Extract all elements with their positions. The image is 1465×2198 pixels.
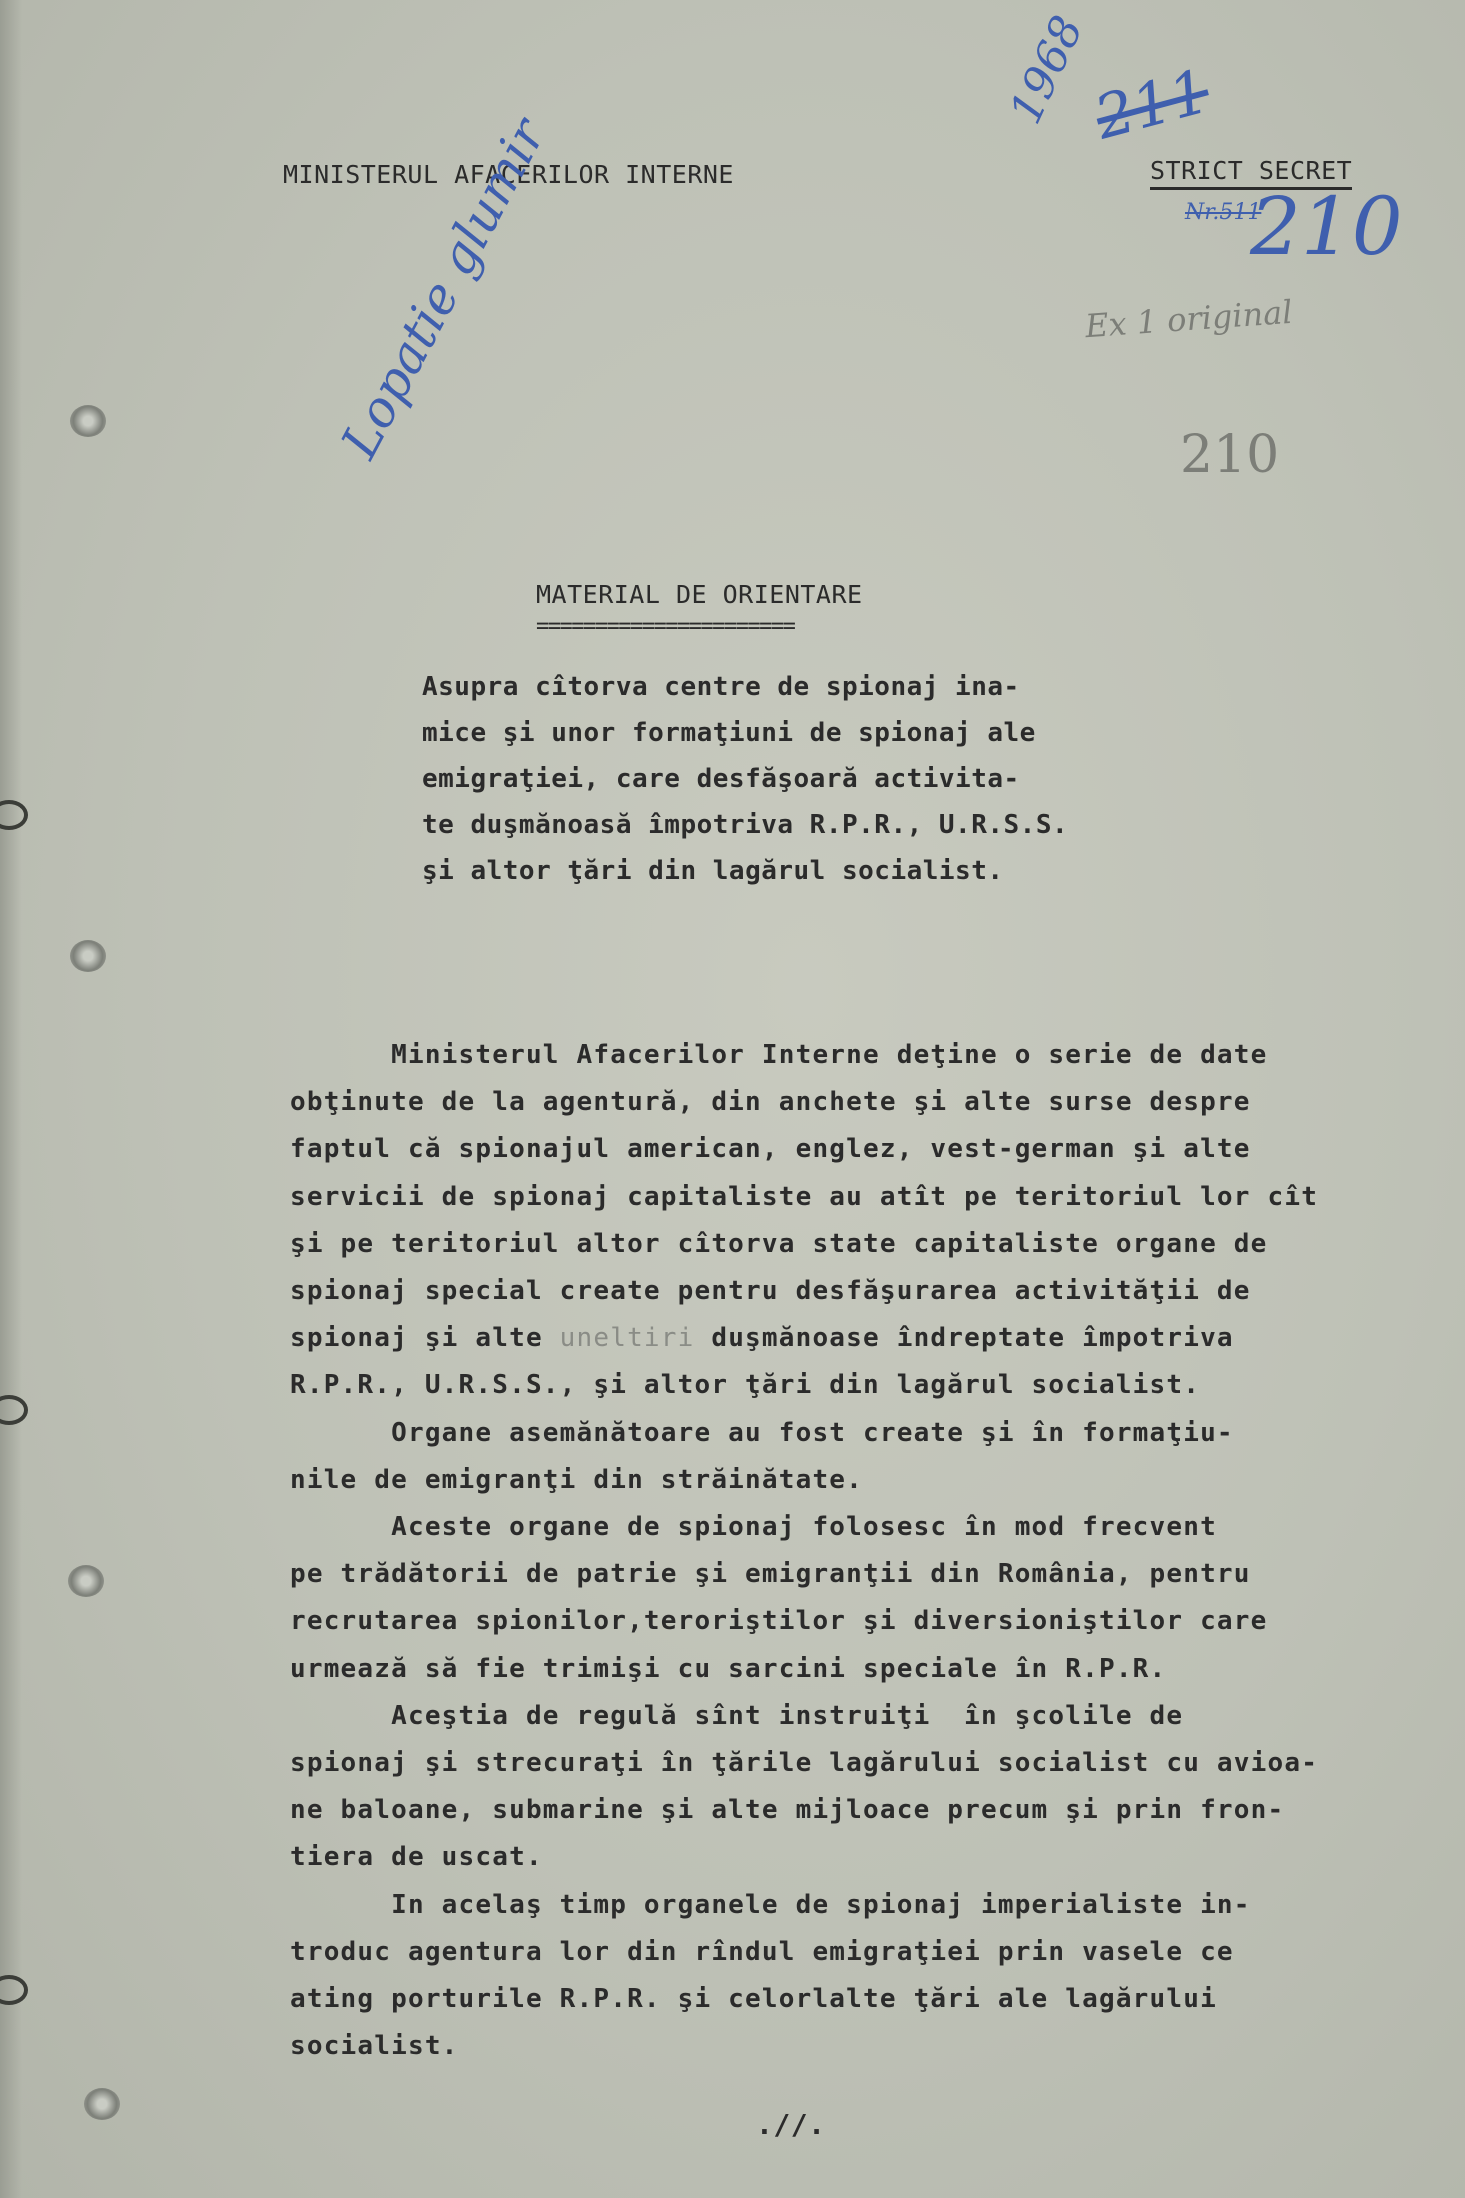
body-line: pe trădătorii de patrie şi emigranţii di… bbox=[290, 1559, 1251, 1589]
page-continuation-mark: .//. bbox=[756, 2108, 825, 2141]
body-line: Aceştia de regulă sînt instruiţi în şcol… bbox=[290, 1701, 1183, 1731]
punch-hole bbox=[70, 940, 106, 972]
subject-line: emigraţiei, care desfăşoară activita- bbox=[422, 764, 1020, 794]
body-line: servicii de spionaj capitaliste au atît … bbox=[290, 1182, 1318, 1212]
handwritten-year: 1968 bbox=[1000, 9, 1094, 132]
body-line: Organe asemănătoare au fost create şi în… bbox=[290, 1418, 1234, 1448]
pencil-copy-note: Ex 1 original bbox=[1084, 293, 1294, 345]
binder-clip-icon bbox=[0, 1975, 28, 2005]
handwritten-struck-number: 211 bbox=[1088, 56, 1217, 153]
body-line: tiera de uscat. bbox=[290, 1842, 543, 1872]
body-line: ating porturile R.P.R. şi celorlalte ţăr… bbox=[290, 1984, 1217, 2014]
body-line: spionaj şi strecuraţi în ţările lagărulu… bbox=[290, 1748, 1318, 1778]
body-line: R.P.R., U.R.S.S., şi altor ţări din lagă… bbox=[290, 1370, 1200, 1400]
body-line: spionaj şi alte uneltiri duşmănoase îndr… bbox=[290, 1323, 1234, 1353]
body-line: faptul că spionajul american, englez, ve… bbox=[290, 1134, 1251, 1164]
document-title: MATERIAL DE ORIENTARE bbox=[536, 580, 863, 609]
body-line: Ministerul Afacerilor Interne deţine o s… bbox=[290, 1040, 1268, 1070]
punch-hole bbox=[84, 2088, 120, 2120]
binder-clip-icon bbox=[0, 1395, 28, 1425]
body-line: Aceste organe de spionaj folosesc în mod… bbox=[290, 1512, 1217, 1542]
body-line: troduc agentura lor din rîndul emigraţie… bbox=[290, 1937, 1234, 1967]
title-double-rule: ====================== bbox=[536, 614, 794, 639]
body-line: urmează să fie trimişi cu sarcini specia… bbox=[290, 1654, 1166, 1684]
body-line: nile de emigranţi din străinătate. bbox=[290, 1465, 863, 1495]
subject-line: Asupra cîtorva centre de spionaj ina- bbox=[422, 672, 1020, 702]
body-line: In acelaş timp organele de spionaj imper… bbox=[290, 1890, 1251, 1920]
faded-word: uneltiri bbox=[560, 1323, 695, 1353]
subject-line: te duşmănoasă împotriva R.P.R., U.R.S.S. bbox=[422, 810, 1068, 840]
binder-clip-icon bbox=[0, 800, 28, 830]
body-line: şi pe teritoriul altor cîtorva state cap… bbox=[290, 1229, 1268, 1259]
body-line: socialist. bbox=[290, 2031, 459, 2061]
handwritten-number: 210 bbox=[1250, 180, 1403, 273]
body-line: spionaj special create pentru desfăşurar… bbox=[290, 1276, 1251, 1306]
body-line: obţinute de la agentură, din anchete şi … bbox=[290, 1087, 1251, 1117]
document-page: MINISTERUL AFACERILOR INTERNE STRICT SEC… bbox=[0, 0, 1465, 2198]
body-line: ne baloane, submarine şi alte mijloace p… bbox=[290, 1795, 1284, 1825]
body-line: recrutarea spionilor,teroriştilor şi div… bbox=[290, 1606, 1268, 1636]
subject-line: şi altor ţări din lagărul socialist. bbox=[422, 856, 1004, 886]
subject-line: mice şi unor formaţiuni de spionaj ale bbox=[422, 718, 1036, 748]
punch-hole bbox=[68, 1565, 104, 1597]
punch-hole bbox=[70, 405, 106, 437]
folio-number: 210 bbox=[1180, 425, 1279, 485]
page-edge-shadow bbox=[0, 0, 22, 2198]
